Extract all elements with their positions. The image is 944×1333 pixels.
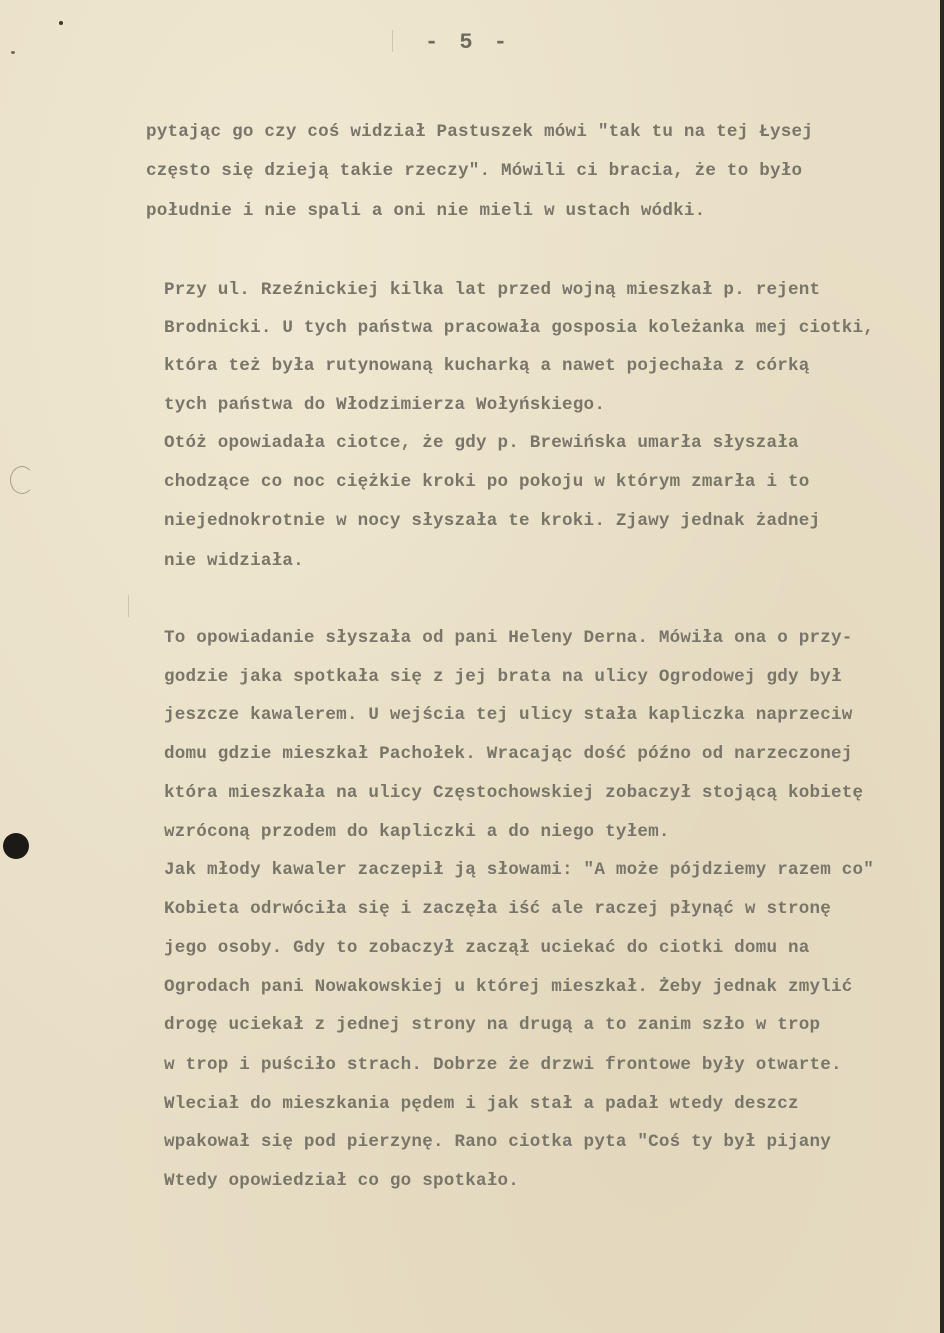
text-line: domu gdzie mieszkał Pachołek. Wracając d…	[164, 746, 853, 764]
text-line: pytając go czy coś widział Pastuszek mów…	[146, 124, 813, 142]
text-line: południe i nie spali a oni nie mieli w u…	[146, 203, 705, 221]
text-line: niejednokrotnie w nocy słyszała te kroki…	[164, 513, 820, 531]
paper-crease	[128, 595, 129, 617]
text-line: To opowiadanie słyszała od pani Heleny D…	[164, 630, 853, 648]
paper-crease	[392, 30, 393, 52]
text-line: w trop i puściło strach. Dobrze że drzwi…	[164, 1057, 842, 1075]
text-line: która też była rutynowaną kucharką a naw…	[164, 358, 809, 376]
text-line: wzróconą przodem do kapliczki a do niego…	[164, 824, 670, 842]
text-line: Brodnicki. U tych państwa pracowała gosp…	[164, 320, 874, 338]
text-line: często się dzieją takie rzeczy". Mówili …	[146, 163, 802, 181]
punch-hole	[3, 833, 29, 859]
text-line: tych państwa do Włodzimierza Wołyńskiego…	[164, 397, 605, 415]
text-line: jeszcze kawalerem. U wejścia tej ulicy s…	[164, 707, 853, 725]
text-line: wpakował się pod pierzynę. Rano ciotka p…	[164, 1134, 831, 1152]
text-line: jego osoby. Gdy to zobaczył zaczął uciek…	[164, 940, 809, 958]
text-line: godzie jaka spotkała się z jej brata na …	[164, 669, 842, 687]
typewritten-page: - 5 - pytając go czy coś widział Pastusz…	[0, 0, 940, 1333]
ink-speck	[11, 51, 15, 54]
text-line: drogę uciekał z jednej strony na drugą a…	[164, 1017, 820, 1035]
text-line: Kobieta odrwóciła się i zaczęła iść ale …	[164, 901, 831, 919]
text-line: Wtedy opowiedział co go spotkało.	[164, 1173, 519, 1191]
text-line: nie widziała.	[164, 553, 304, 571]
hole-reinforcement-mark	[10, 466, 34, 494]
text-line: Ogrodach pani Nowakowskiej u której mies…	[164, 979, 853, 997]
scan-edge	[940, 0, 944, 1333]
text-line: chodzące co noc ciężkie kroki po pokoju …	[164, 474, 809, 492]
ink-speck	[59, 21, 63, 25]
text-line: Przy ul. Rzeźnickiej kilka lat przed woj…	[164, 282, 820, 300]
text-line: Jak młody kawaler zaczepił ją słowami: "…	[164, 862, 874, 880]
page-number: - 5 -	[418, 30, 518, 55]
text-line: Otóż opowiadała ciotce, że gdy p. Brewiń…	[164, 435, 799, 453]
text-line: która mieszkała na ulicy Częstochowskiej…	[164, 785, 863, 803]
text-line: Wleciał do mieszkania pędem i jak stał a…	[164, 1096, 799, 1114]
